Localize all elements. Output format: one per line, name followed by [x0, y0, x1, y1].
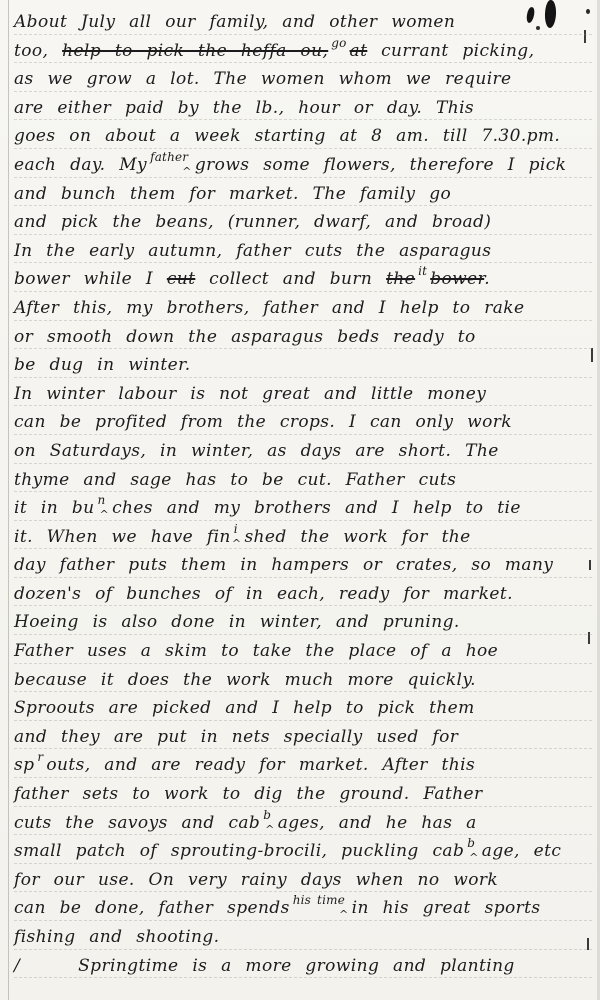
caret-mark: ^	[232, 537, 242, 550]
manuscript-line: thyme and sage has to be cut. Father cut…	[14, 464, 592, 493]
handwritten-text: it. When we have fin	[14, 527, 231, 547]
inserted-text: go	[331, 36, 346, 50]
handwritten-text: sp	[14, 755, 34, 775]
manuscript-line: dozen's of bunches of in each, ready for…	[14, 578, 592, 607]
manuscript-line: and pick the beans, (runner, dwarf, and …	[14, 206, 592, 235]
handwritten-text: cuts the savoys and cab	[14, 813, 260, 833]
handwritten-text: age, etc	[482, 841, 562, 861]
handwritten-text: fishing and shooting.	[14, 927, 220, 947]
handwritten-text: Father uses a skim to take the place of …	[14, 641, 498, 661]
handwritten-text: In the early autumn, father cuts the asp…	[14, 241, 491, 261]
manuscript-line: and they are put in nets specially used …	[14, 721, 592, 750]
handwritten-text: goes on about a week starting at 8 am. t…	[14, 126, 560, 146]
handwritten-text: shed the work for the	[244, 527, 470, 547]
manuscript-lines: About July all our family, and other wom…	[14, 6, 592, 978]
handwritten-text: ches and my brothers and I help to tie	[112, 498, 521, 518]
inserted-text: it	[418, 264, 427, 278]
manuscript-line: goes on about a week starting at 8 am. t…	[14, 120, 592, 149]
manuscript-line: After this, my brothers, father and I he…	[14, 292, 592, 321]
manuscript-line: too, help to pick the heffa ou,goat curr…	[14, 35, 592, 64]
manuscript-line: father sets to work to dig the ground. F…	[14, 778, 592, 807]
manuscript-line: Father uses a skim to take the place of …	[14, 635, 592, 664]
manuscript-line: or smooth down the asparagus beds ready …	[14, 321, 592, 350]
handwritten-text: too,	[14, 41, 62, 61]
handwritten-text: day father puts them in hampers or crate…	[14, 555, 553, 575]
manuscript-line: be dug in winter.	[14, 349, 592, 378]
handwritten-text: father sets to work to dig the ground. F…	[14, 784, 483, 804]
manuscript-line: Sproouts are picked and I help to pick t…	[14, 692, 592, 721]
caret-mark: ^	[265, 823, 275, 836]
manuscript-line: and bunch them for market. The family go	[14, 178, 592, 207]
handwritten-text: because it does the work much more quick…	[14, 670, 476, 690]
handwritten-text: thyme and sage has to be cut. Father cut…	[14, 470, 456, 490]
handwritten-text: it in bu	[14, 498, 95, 518]
handwritten-text: and bunch them for market. The family go	[14, 184, 451, 204]
handwritten-text: collect and burn	[195, 269, 386, 289]
inserted-text: b	[467, 836, 475, 850]
inserted-text: b	[263, 808, 271, 822]
handwritten-text: ages, and he has a	[278, 813, 477, 833]
manuscript-line: day father puts them in hampers or crate…	[14, 549, 592, 578]
manuscript-line: each day. Myfather^grows some flowers, t…	[14, 149, 592, 178]
inserted-text: father	[150, 150, 188, 164]
paragraph-mark: /	[14, 956, 20, 976]
manuscript-line: Hoeing is also done in winter, and pruni…	[14, 606, 592, 635]
manuscript-line: are either paid by the lb., hour or day.…	[14, 92, 592, 121]
manuscript-line: About July all our family, and other wom…	[14, 6, 592, 35]
handwritten-text: and they are put in nets specially used …	[14, 727, 458, 747]
left-margin-line	[8, 0, 9, 1000]
handwritten-text: After this, my brothers, father and I he…	[14, 298, 524, 318]
handwritten-text: About July all our family, and other wom…	[14, 12, 455, 32]
manuscript-line: can be profited from the crops. I can on…	[14, 406, 592, 435]
handwritten-text: Sproouts are picked and I help to pick t…	[14, 698, 475, 718]
caret-mark: ^	[99, 508, 109, 521]
handwritten-text: small patch of sprouting-brocili, puckli…	[14, 841, 464, 861]
inserted-text: r	[37, 750, 43, 764]
caret-mark: ^	[469, 851, 479, 864]
handwritten-text: or smooth down the asparagus beds ready …	[14, 327, 476, 347]
manuscript-page: About July all our family, and other wom…	[0, 0, 600, 1000]
handwritten-text: can be profited from the crops. I can on…	[14, 412, 512, 432]
handwritten-text: dozen's of bunches of in each, ready for…	[14, 584, 513, 604]
handwritten-text: in his great sports	[352, 898, 541, 918]
struck-text: help to pick the heffa ou,	[62, 41, 328, 61]
struck-text: at	[350, 41, 368, 61]
manuscript-line: because it does the work much more quick…	[14, 664, 592, 693]
handwritten-text: for our use. On very rainy days when no …	[14, 870, 498, 890]
struck-text: cut	[167, 269, 196, 289]
handwritten-text: are either paid by the lb., hour or day.…	[14, 98, 474, 118]
handwritten-text: as we grow a lot. The women whom we requ…	[14, 69, 512, 89]
struck-text: the	[386, 269, 415, 289]
handwritten-text: .	[484, 269, 490, 289]
handwritten-text: currant picking,	[367, 41, 534, 61]
handwritten-text: bower while I	[14, 269, 167, 289]
struck-text: bower	[430, 269, 484, 289]
manuscript-line: cuts the savoys and cabb^ages, and he ha…	[14, 807, 592, 836]
handwritten-text: each day. My	[14, 155, 147, 175]
manuscript-line: bower while I cut collect and burn theit…	[14, 263, 592, 292]
manuscript-line: /Springtime is a more growing and planti…	[14, 950, 592, 979]
manuscript-line: small patch of sprouting-brocili, puckli…	[14, 835, 592, 864]
inserted-text: his time	[293, 893, 345, 907]
handwritten-text: outs, and are ready for market. After th…	[46, 755, 475, 775]
inserted-text: i	[234, 522, 238, 536]
handwritten-text: be dug in winter.	[14, 355, 191, 375]
manuscript-line: as we grow a lot. The women whom we requ…	[14, 63, 592, 92]
handwritten-text: In winter labour is not great and little…	[14, 384, 486, 404]
caret-mark: ^	[182, 165, 192, 178]
manuscript-line: fishing and shooting.	[14, 921, 592, 950]
manuscript-line: it. When we have fini^shed the work for …	[14, 521, 592, 550]
handwritten-text: Springtime is a more growing and plantin…	[78, 956, 515, 976]
inserted-text: n	[98, 493, 106, 507]
handwritten-text: and pick the beans, (runner, dwarf, and …	[14, 212, 491, 232]
handwritten-text: Hoeing is also done in winter, and pruni…	[14, 612, 460, 632]
manuscript-line: it in bun^ches and my brothers and I hel…	[14, 492, 592, 521]
manuscript-line: on Saturdays, in winter, as days are sho…	[14, 435, 592, 464]
manuscript-line: for our use. On very rainy days when no …	[14, 864, 592, 893]
handwritten-text: can be done, father spends	[14, 898, 290, 918]
handwritten-text: on Saturdays, in winter, as days are sho…	[14, 441, 499, 461]
manuscript-line: In winter labour is not great and little…	[14, 378, 592, 407]
manuscript-line: In the early autumn, father cuts the asp…	[14, 235, 592, 264]
handwritten-text: grows some flowers, therefore I pick	[195, 155, 567, 175]
manuscript-line: can be done, father spendshis time^in hi…	[14, 892, 592, 921]
caret-mark: ^	[339, 908, 349, 921]
manuscript-line: sprouts, and are ready for market. After…	[14, 749, 592, 778]
